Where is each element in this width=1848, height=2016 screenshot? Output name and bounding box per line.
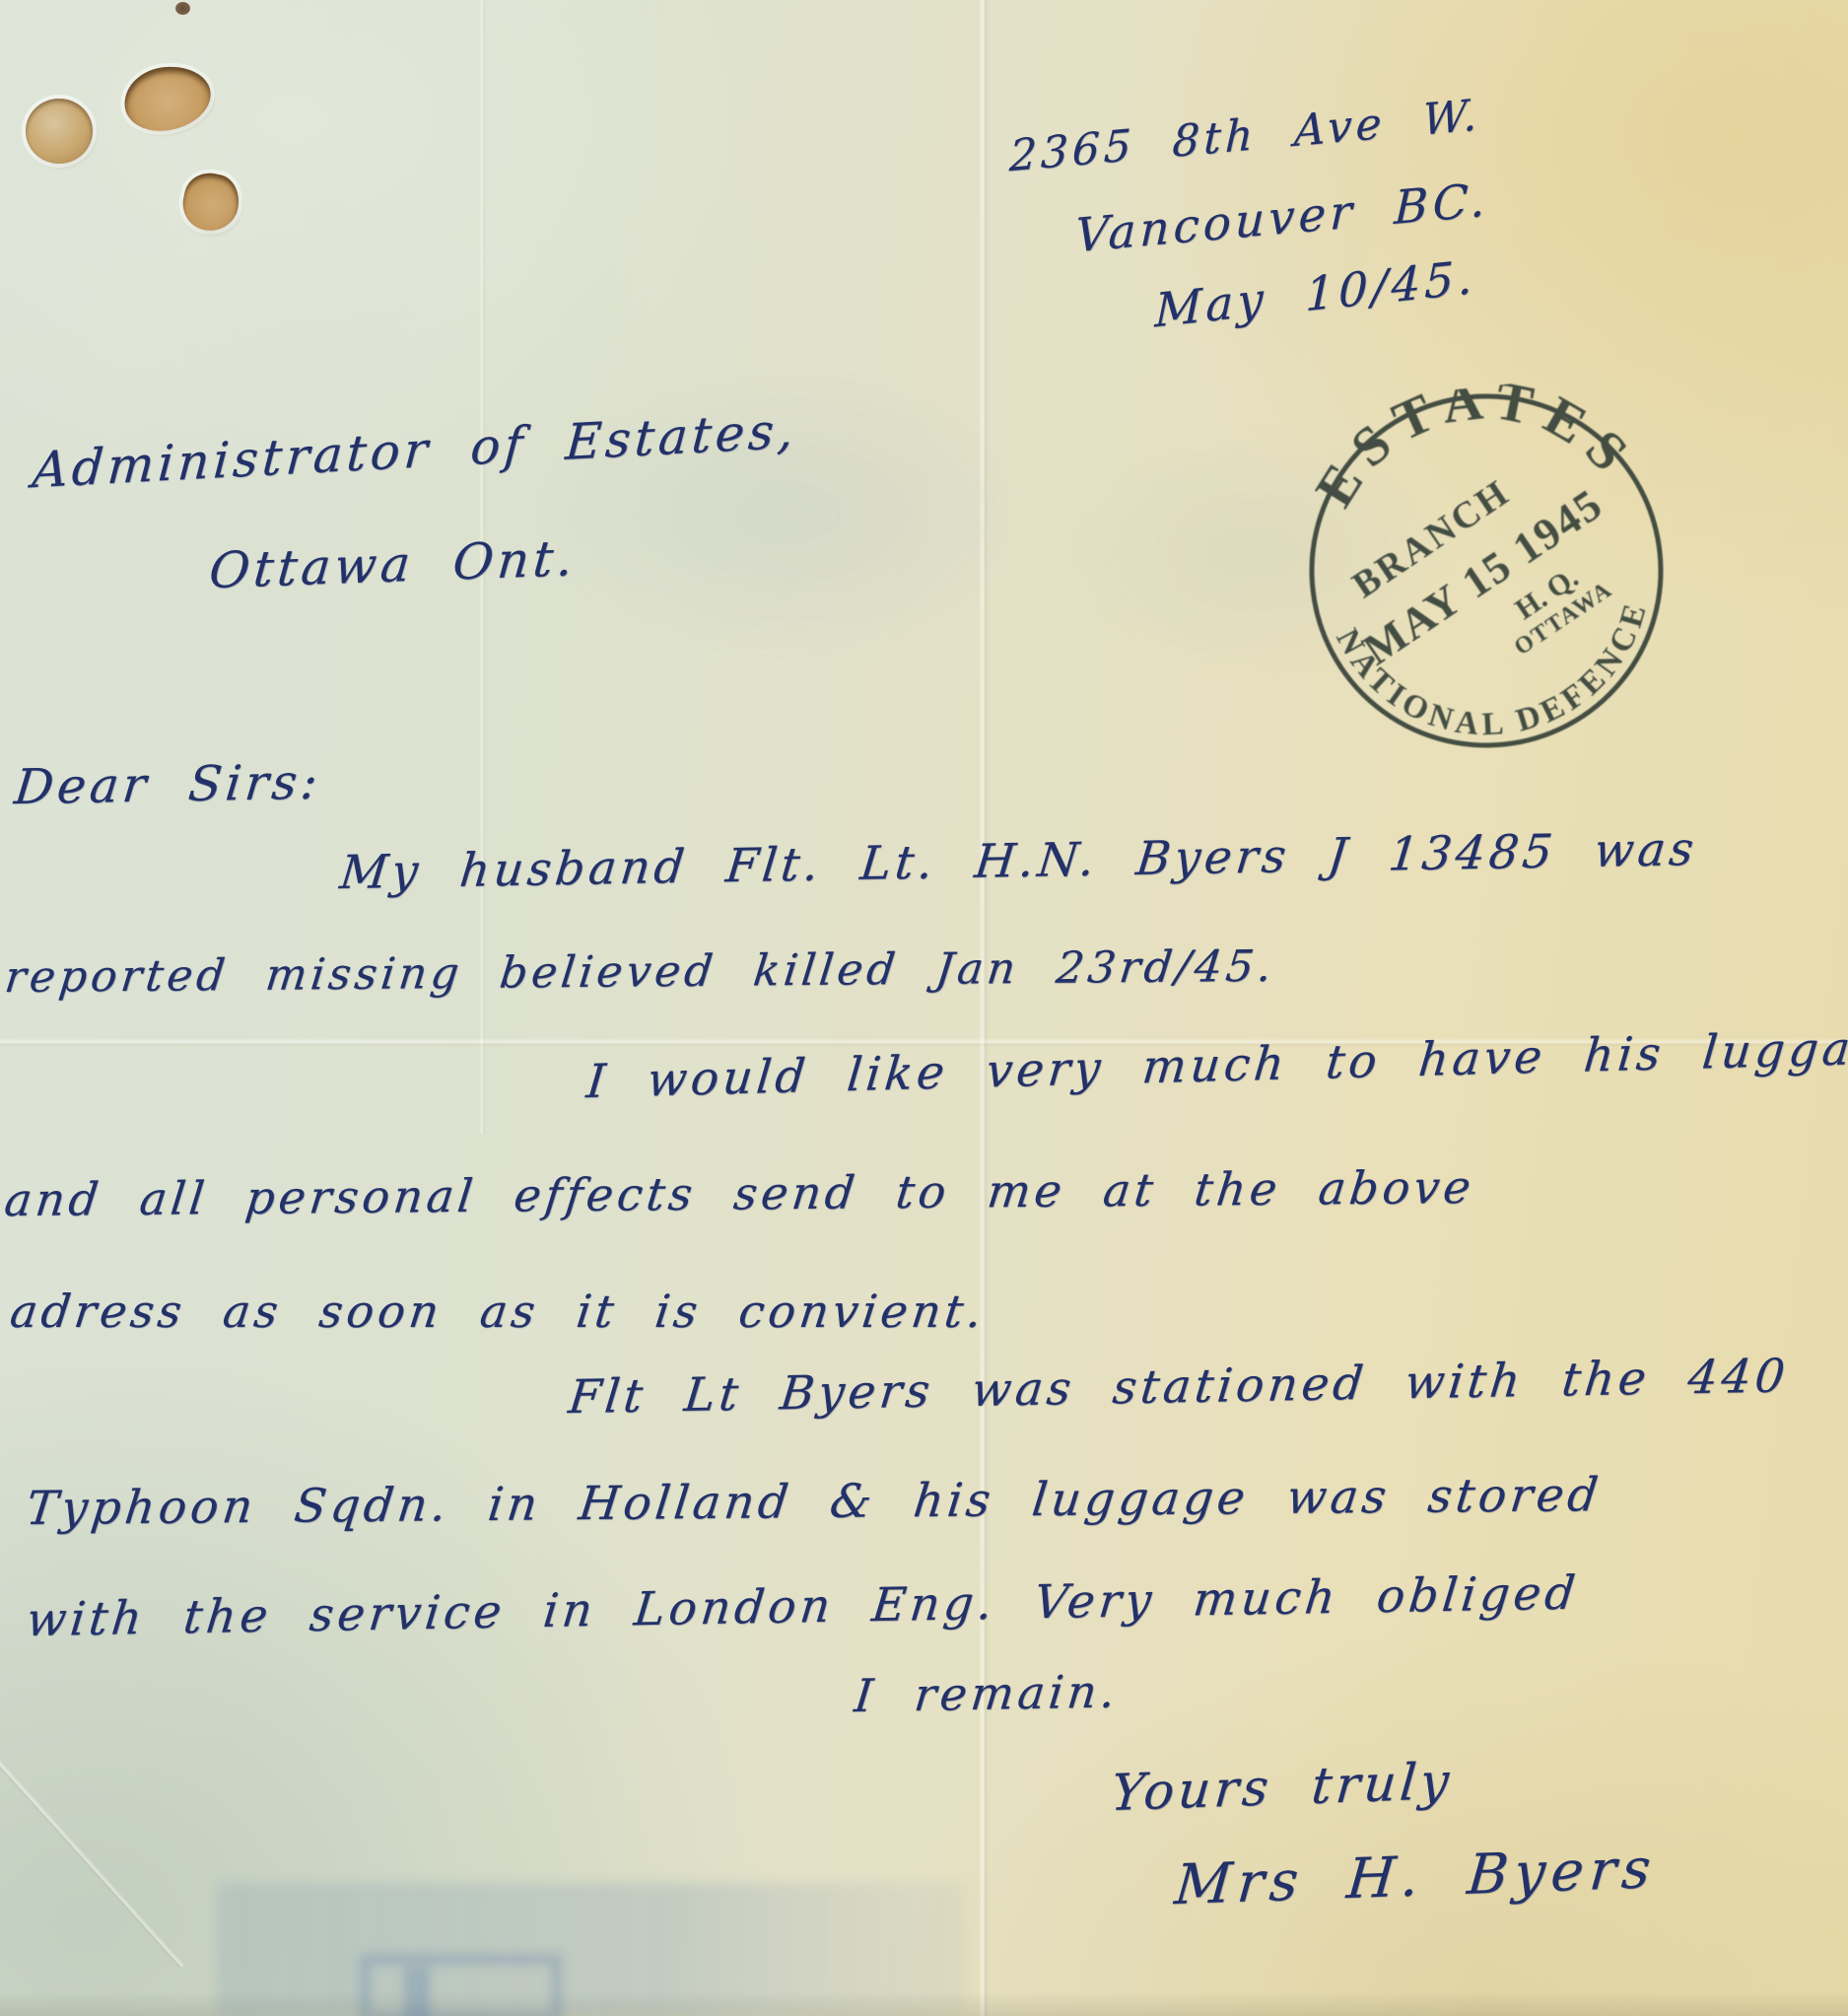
torn-hole-small [178, 169, 244, 236]
bottom-edge-shadow [0, 1991, 1848, 2016]
body-line-2: reported missing believed killed Jan 23r… [2, 941, 1278, 1003]
letter-date: May 10/45. [1154, 250, 1476, 339]
signature: Mrs H. Byers [1172, 1837, 1659, 1917]
body-line-5: adress as soon as it is convient. [7, 1285, 989, 1338]
paper-speck [175, 2, 190, 15]
punch-hole [26, 99, 93, 164]
diagonal-crease-bottom-left [0, 1715, 185, 1969]
ink-bleedthrough-smudge [217, 1883, 966, 2016]
body-line-7: Typhoon Sqdn. in Holland & his luggage w… [24, 1468, 1605, 1536]
body-line-3: I would like very much to have his lugga… [584, 1019, 1848, 1109]
recipient-city: Ottawa Ont. [207, 529, 580, 599]
body-line-1: My husband Flt. Lt. H.N. Byers J 13485 w… [337, 822, 1700, 900]
sender-address-city: Vancouver BC. [1074, 173, 1490, 263]
body-line-4: and all personal effects send to me at t… [2, 1160, 1477, 1226]
body-line-6: Flt Lt Byers was stationed with the 440 [566, 1349, 1791, 1425]
sender-address-street: 2365 8th Ave W. [1008, 90, 1481, 181]
body-line-9: I remain. [852, 1664, 1122, 1722]
body-line-8: with the service in London Eng. Very muc… [24, 1566, 1581, 1648]
bleedthrough-stamp-box [360, 1954, 562, 2016]
closing-phrase: Yours truly [1109, 1753, 1455, 1823]
estates-branch-received-stamp: ESTATES NATIONAL DEFENCE BRANCH MAY 15 1… [1285, 370, 1688, 773]
handwritten-letter-page: 2365 8th Ave W. Vancouver BC. May 10/45.… [0, 0, 1848, 2016]
torn-hole-large [120, 61, 215, 136]
salutation: Dear Sirs: [12, 754, 324, 816]
recipient-name: Administrator of Estates, [31, 401, 799, 499]
bleedthrough-stamp-glyph [404, 1967, 430, 2016]
